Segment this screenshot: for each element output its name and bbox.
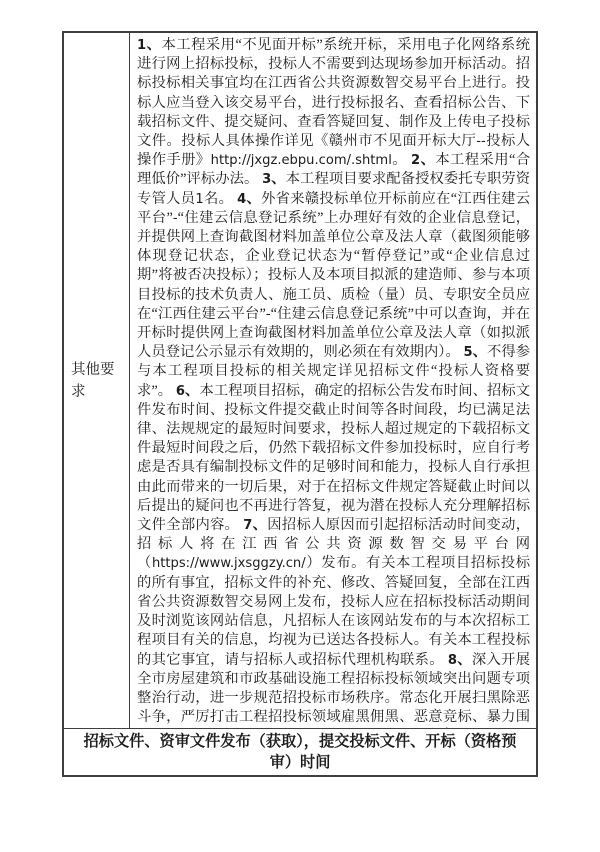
document-page: 其他要求 1、本工程采用“不见面开标”系统开标，采用电子化网络系统进行网上招标投… [0,0,600,852]
ascii-text: https://www.jxsggzy.cn/ [152,556,306,571]
ascii-text: http://jxgz.ebpu.com/.shtml [211,153,392,168]
ascii-text: 5 [463,345,472,360]
other-requirements-content-cell: 1、本工程采用“不见面开标”系统开标，采用电子化网络系统进行网上招标投标，投标人… [130,33,536,728]
ascii-text: - [266,307,271,322]
requirement-4-num: 4、 [237,191,261,207]
row-header-label: 其他要求 [71,359,124,403]
ascii-text: 4 [237,192,246,207]
requirement-6-text: 本工程项目招标，确定的招标公告发布时间、招标文件发布时间、投标文件提交截止时间等… [137,383,530,533]
requirement-4-text: 外省来赣投标单位开标前应在“江西住建云平台”-“住建云信息登记系统”上办理好有效… [137,191,530,361]
ascii-text: 8 [448,653,457,668]
footer-row: 招标文件、资审文件发布（获取），提交投标文件、开标（资格预审）时间 [64,728,536,775]
requirement-7-text: 因招标人原因而引起招标活动时间变动，招标人将在江西省公共资源数智交易平台网（ht… [137,517,530,667]
requirement-1-text: 本工程采用“不见面开标”系统开标，采用电子化网络系统进行网上招标投标，投标人不需… [137,37,530,168]
ascii-text: 1 [195,192,203,207]
ascii-text: 6 [176,384,185,399]
ascii-text: 3 [262,172,271,187]
requirement-3-num: 3、 [262,171,286,187]
requirement-6-num: 6、 [176,383,200,399]
ascii-text: - [173,211,178,226]
requirements-text: 1、本工程采用“不见面开标”系统开标，采用电子化网络系统进行网上招标投标，投标人… [137,37,530,728]
other-requirements-row: 其他要求 1、本工程采用“不见面开标”系统开标，采用电子化网络系统进行网上招标投… [64,33,536,728]
ascii-text: 1 [137,38,146,53]
footer-text: 招标文件、资审文件发布（获取），提交投标文件、开标（资格预审）时间 [74,731,526,773]
requirement-1-num: 1、 [137,37,161,53]
ascii-text: 7 [243,518,252,533]
ascii-text: -- [476,134,485,149]
requirement-2-num: 2、 [411,152,435,168]
requirement-8-num: 8、 [448,652,472,668]
requirement-5-num: 5、 [463,344,487,360]
ascii-text: 2 [411,153,420,168]
requirement-7-num: 7、 [243,517,267,533]
other-requirements-label-cell: 其他要求 [64,33,130,728]
tender-notice-table: 其他要求 1、本工程采用“不见面开标”系统开标，采用电子化网络系统进行网上招标投… [62,31,538,777]
